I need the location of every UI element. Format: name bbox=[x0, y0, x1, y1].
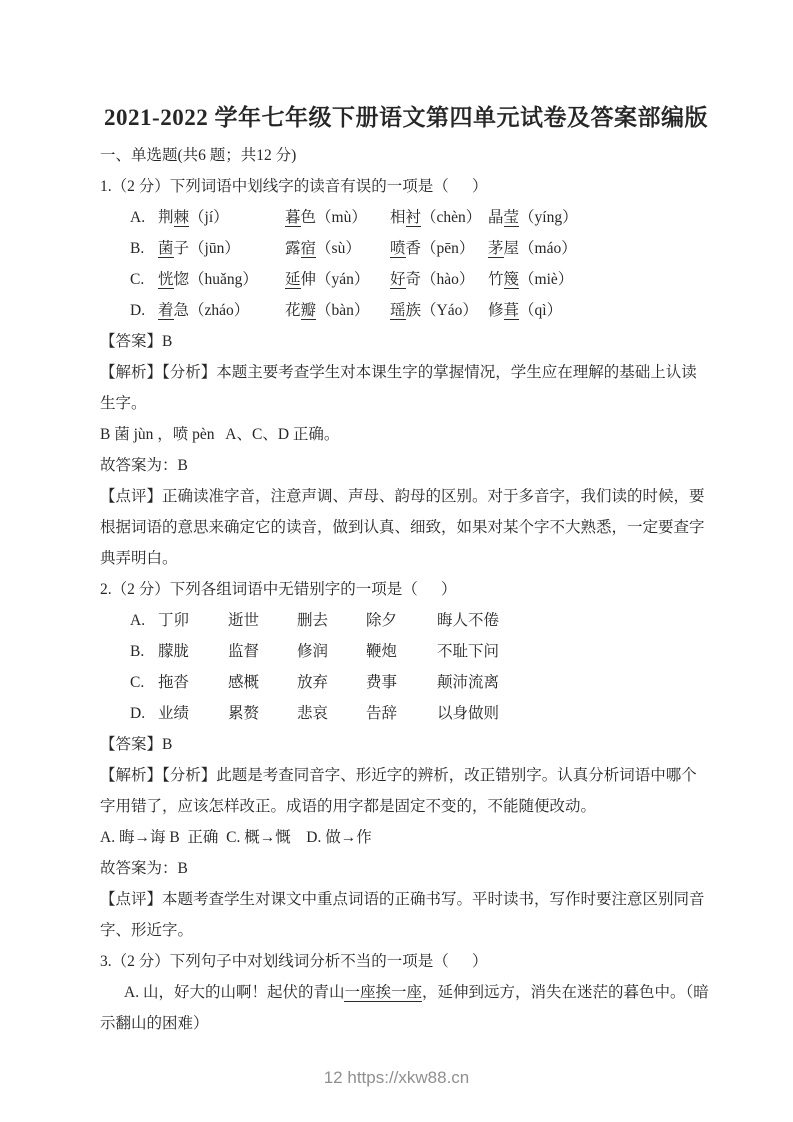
word-post: 惚 bbox=[174, 271, 190, 288]
pinyin: （jūn） bbox=[189, 240, 240, 257]
word-post: 伸 bbox=[301, 271, 317, 288]
word-post: 屋 bbox=[504, 240, 520, 257]
word-with-pinyin: 花瓣（bàn） bbox=[285, 295, 390, 326]
word-post: 香 bbox=[406, 240, 422, 257]
word-with-pinyin: 着急（zháo） bbox=[158, 295, 285, 326]
underlined-char: 棘 bbox=[174, 209, 190, 227]
word: 删去 bbox=[297, 605, 366, 636]
word-with-pinyin: 晶莹（yíng） bbox=[488, 202, 712, 233]
underlined-char: 菌 bbox=[158, 240, 174, 258]
pinyin: （sù） bbox=[316, 240, 361, 257]
word-pre: 露 bbox=[285, 240, 301, 257]
underlined-char: 暮 bbox=[285, 209, 301, 227]
word: 悲哀 bbox=[297, 698, 366, 729]
option-label: A. bbox=[124, 984, 143, 1001]
word-pre: 相 bbox=[390, 209, 406, 226]
word: 朦胧 bbox=[158, 636, 228, 667]
underlined-char: 篾 bbox=[504, 271, 520, 289]
word-with-pinyin: 喷香（pēn） bbox=[390, 233, 488, 264]
word-with-pinyin: 暮色（mù） bbox=[285, 202, 390, 233]
footer-url: https://xkw88.cn bbox=[347, 1068, 469, 1087]
option-label: D. bbox=[130, 698, 158, 729]
word: 除夕 bbox=[366, 605, 437, 636]
pinyin: （jí） bbox=[189, 209, 229, 226]
q2-option-row-d: D. 业绩 累赘 悲哀 告辞 以身做则 bbox=[130, 698, 712, 729]
q1-option-row-a: A. 荆棘（jí） 暮色（mù） 相衬（chèn） 晶莹（yíng） bbox=[130, 202, 712, 233]
page-number: 12 bbox=[324, 1068, 343, 1087]
q3-stem: 3.（2 分）下列句子中对划线词分析不当的一项是（ ） bbox=[100, 946, 712, 977]
pinyin: （mù） bbox=[316, 209, 367, 226]
word-pre: 花 bbox=[285, 302, 301, 319]
word-with-pinyin: 瑶族（Yáo） bbox=[390, 295, 488, 326]
option-label: B. bbox=[130, 233, 158, 264]
q2-option-row-b: B. 朦胧 监督 修润 鞭炮 不耻下问 bbox=[130, 636, 712, 667]
pinyin: （bàn） bbox=[316, 302, 369, 319]
word: 业绩 bbox=[158, 698, 228, 729]
underlined-char: 恍 bbox=[158, 271, 174, 289]
word-post: 急 bbox=[174, 302, 190, 319]
word: 以身做则 bbox=[437, 698, 712, 729]
q1-stem: 1.（2 分）下列词语中划线字的读音有误的一项是（ ） bbox=[100, 171, 712, 202]
word-pre: 荆 bbox=[158, 209, 174, 226]
word: 不耻下问 bbox=[437, 636, 712, 667]
word-with-pinyin: 露宿（sù） bbox=[285, 233, 390, 264]
document-content: 2021-2022 学年七年级下册语文第四单元试卷及答案部编版 一、单选题(共6… bbox=[100, 100, 712, 1039]
q2-option-row-c: C. 拖沓 感概 放弃 费事 颠沛流离 bbox=[130, 667, 712, 698]
q1-analysis: 【解析】【分析】本题主要考查学生对本课生字的掌握情况，学生应在理解的基础上认读生… bbox=[100, 357, 712, 419]
pinyin: （yíng） bbox=[519, 209, 578, 226]
underlined-char: 葺 bbox=[504, 302, 520, 320]
word-pre: 修 bbox=[488, 302, 504, 319]
underlined-char: 瓣 bbox=[301, 302, 317, 320]
word-with-pinyin: 恍惚（huǎng） bbox=[158, 264, 285, 295]
word: 丁卯 bbox=[158, 605, 228, 636]
q1-option-row-b: B. 菌子（jūn） 露宿（sù） 喷香（pēn） 茅屋（máo） bbox=[130, 233, 712, 264]
underlined-char: 延 bbox=[285, 271, 301, 289]
word: 逝世 bbox=[228, 605, 297, 636]
word-post: 色 bbox=[301, 209, 317, 226]
word: 累赘 bbox=[228, 698, 297, 729]
word-with-pinyin: 茅屋（máo） bbox=[488, 233, 712, 264]
word: 感概 bbox=[228, 667, 297, 698]
underlined-char: 好 bbox=[390, 271, 406, 289]
pinyin: （zháo） bbox=[189, 302, 249, 319]
underlined-char: 茅 bbox=[488, 240, 504, 258]
word-pre: 竹 bbox=[488, 271, 504, 288]
q2-conclusion: 故答案为：B bbox=[100, 853, 712, 884]
word-post: 子 bbox=[174, 240, 190, 257]
word-with-pinyin: 菌子（jūn） bbox=[158, 233, 285, 264]
word: 晦人不倦 bbox=[437, 605, 712, 636]
q2-analysis-detail: A. 晦→诲 B 正确 C. 概→慨 D. 做→作 bbox=[100, 822, 712, 853]
q2-answer: 【答案】B bbox=[100, 729, 712, 760]
pinyin: （miè） bbox=[519, 271, 573, 288]
word-post: 族 bbox=[406, 302, 422, 319]
word-with-pinyin: 修葺（qì） bbox=[488, 295, 712, 326]
word: 放弃 bbox=[297, 667, 366, 698]
underlined-char: 喷 bbox=[390, 240, 406, 258]
word: 监督 bbox=[228, 636, 297, 667]
word: 费事 bbox=[366, 667, 437, 698]
word-with-pinyin: 相衬（chèn） bbox=[390, 202, 488, 233]
underlined-char: 宿 bbox=[301, 240, 317, 258]
word-with-pinyin: 好奇（hào） bbox=[390, 264, 488, 295]
word: 鞭炮 bbox=[366, 636, 437, 667]
q2-stem: 2.（2 分）下列各组词语中无错别字的一项是（ ） bbox=[100, 574, 712, 605]
page-title: 2021-2022 学年七年级下册语文第四单元试卷及答案部编版 bbox=[100, 100, 712, 136]
word-post: 奇 bbox=[406, 271, 422, 288]
option-label: C. bbox=[130, 667, 158, 698]
pinyin: （máo） bbox=[519, 240, 577, 257]
underlined-phrase: 一座挨一座 bbox=[344, 984, 422, 1002]
q1-comment: 【点评】正确读准字音，注意声调、声母、韵母的区别。对于多音字，我们读的时候，要根… bbox=[100, 481, 712, 574]
option-label: A. bbox=[130, 202, 158, 233]
page-footer: 12 https://xkw88.cn bbox=[0, 1068, 793, 1088]
document-page: 2021-2022 学年七年级下册语文第四单元试卷及答案部编版 一、单选题(共6… bbox=[0, 0, 793, 1122]
pinyin: （Yáo） bbox=[421, 302, 478, 319]
pinyin: （pēn） bbox=[421, 240, 474, 257]
q1-analysis-detail: B 菌 jùn ，喷 pèn A、C、D 正确。 bbox=[100, 419, 712, 450]
word-with-pinyin: 竹篾（miè） bbox=[488, 264, 712, 295]
q1-answer: 【答案】B bbox=[100, 326, 712, 357]
underlined-char: 莹 bbox=[504, 209, 520, 227]
section-header: 一、单选题(共6 题；共12 分) bbox=[100, 140, 712, 171]
sentence-pre: 山，好大的山啊！起伏的青山 bbox=[143, 984, 345, 1001]
option-label: C. bbox=[130, 264, 158, 295]
q2-option-row-a: A. 丁卯 逝世 删去 除夕 晦人不倦 bbox=[130, 605, 712, 636]
q2-analysis: 【解析】【分析】此题是考查同音字、形近字的辨析，改正错别字。认真分析词语中哪个字… bbox=[100, 760, 712, 822]
q2-options: A. 丁卯 逝世 删去 除夕 晦人不倦 B. 朦胧 监督 修润 鞭炮 不耻下问 … bbox=[100, 605, 712, 729]
q2-comment: 【点评】本题考查学生对课文中重点词语的正确书写。平时读书，写作时要注意区别同音字… bbox=[100, 884, 712, 946]
q1-conclusion: 故答案为：B bbox=[100, 450, 712, 481]
underlined-char: 着 bbox=[158, 302, 174, 320]
pinyin: （huǎng） bbox=[189, 271, 258, 288]
pinyin: （qì） bbox=[519, 302, 562, 319]
pinyin: （yán） bbox=[316, 271, 369, 288]
word: 告辞 bbox=[366, 698, 437, 729]
underlined-char: 瑶 bbox=[390, 302, 406, 320]
word: 颠沛流离 bbox=[437, 667, 712, 698]
word-with-pinyin: 延伸（yán） bbox=[285, 264, 390, 295]
underlined-char: 衬 bbox=[406, 209, 422, 227]
word: 拖沓 bbox=[158, 667, 228, 698]
option-label: D. bbox=[130, 295, 158, 326]
word-pre: 晶 bbox=[488, 209, 504, 226]
option-label: B. bbox=[130, 636, 158, 667]
option-label: A. bbox=[130, 605, 158, 636]
word-with-pinyin: 荆棘（jí） bbox=[158, 202, 285, 233]
q1-option-row-c: C. 恍惚（huǎng） 延伸（yán） 好奇（hào） 竹篾（miè） bbox=[130, 264, 712, 295]
pinyin: （hào） bbox=[421, 271, 474, 288]
q1-options: A. 荆棘（jí） 暮色（mù） 相衬（chèn） 晶莹（yíng） B. 菌子… bbox=[100, 202, 712, 326]
q3-option-a: A. 山，好大的山啊！起伏的青山一座挨一座，延伸到远方，消失在迷茫的暮色中。（暗… bbox=[100, 977, 712, 1039]
word: 修润 bbox=[297, 636, 366, 667]
q1-option-row-d: D. 着急（zháo） 花瓣（bàn） 瑶族（Yáo） 修葺（qì） bbox=[130, 295, 712, 326]
pinyin: （chèn） bbox=[421, 209, 481, 226]
